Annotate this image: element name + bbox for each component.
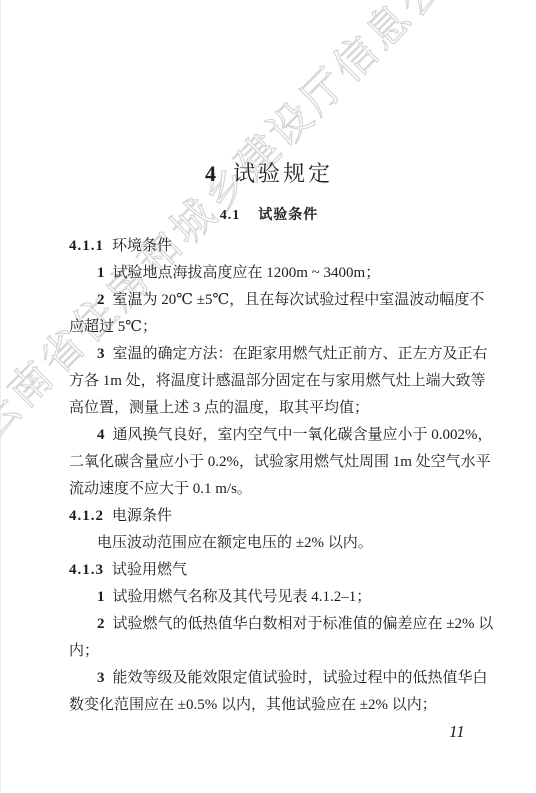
item-continuation: 内； xyxy=(69,641,99,661)
item-continuation: 方各 1m 处，将温度计感温部分固定在与家用燃气灶上端大致等 xyxy=(69,371,486,391)
list-item: 1试验地点海拔高度应在 1200m ~ 3400m； xyxy=(97,263,380,283)
page-number: 11 xyxy=(449,722,465,742)
list-item: 3能效等级及能效限定值试验时，试验过程中的低热值华白 xyxy=(97,668,488,688)
item-text: 室温为 20℃ ±5℃，且在每次试验过程中室温波动幅度不 xyxy=(113,292,485,308)
list-item: 3室温的确定方法：在距家用燃气灶正前方、正左方及正右 xyxy=(97,344,488,364)
item-text: 室温的确定方法：在距家用燃气灶正前方、正左方及正右 xyxy=(113,346,488,362)
item-continuation: 数变化范围应在 ±0.5% 以内，其他试验应在 ±2% 以内； xyxy=(69,695,437,715)
item-number: 2 xyxy=(97,292,105,308)
paragraph: 电压波动范围应在额定电压的 ±2% 以内。 xyxy=(97,533,373,553)
item-text: 能效等级及能效限定值试验时，试验过程中的低热值华白 xyxy=(113,670,488,686)
item-number: 2 xyxy=(97,616,105,632)
clause-heading: 4.1.1环境条件 xyxy=(69,236,172,256)
list-item: 2试验燃气的低热值华白数相对于标准值的偏差应在 ±2% 以 xyxy=(97,614,493,634)
item-number: 3 xyxy=(97,346,105,362)
clause-title: 环境条件 xyxy=(112,238,172,254)
chapter-title-text: 试验规定 xyxy=(233,161,333,186)
clause-number: 4.1.1 xyxy=(69,238,104,254)
list-item: 4通风换气良好，室内空气中一氧化碳含量应小于 0.002%， xyxy=(97,425,493,445)
item-text: 试验用燃气名称及其代号见表 4.1.2–1； xyxy=(113,589,372,605)
item-number: 1 xyxy=(97,265,105,281)
list-item: 1试验用燃气名称及其代号见表 4.1.2–1； xyxy=(97,587,371,607)
clause-number: 4.1.2 xyxy=(69,508,104,524)
clause-title: 试验用燃气 xyxy=(112,562,187,578)
item-number: 4 xyxy=(97,427,105,443)
item-continuation: 流动速度不应大于 0.1 m/s。 xyxy=(69,479,252,499)
list-item: 2室温为 20℃ ±5℃，且在每次试验过程中室温波动幅度不 xyxy=(97,290,484,310)
section-number: 4.1 xyxy=(220,208,241,223)
clause-number: 4.1.3 xyxy=(69,562,104,578)
section-title: 4.1试验条件 xyxy=(1,204,536,224)
item-continuation: 应超过 5℃； xyxy=(69,317,157,337)
section-title-text: 试验条件 xyxy=(258,208,318,223)
item-continuation: 二氧化碳含量应小于 0.2%，试验家用燃气灶周围 1m 处空气水平 xyxy=(69,452,491,472)
item-number: 1 xyxy=(97,589,105,605)
item-number: 3 xyxy=(97,670,105,686)
chapter-title: 4试验规定 xyxy=(1,157,536,188)
chapter-number: 4 xyxy=(205,161,219,186)
clause-heading: 4.1.3试验用燃气 xyxy=(69,560,187,580)
document-page: 云南省住房和城乡建设厅信息公开浏览专用 4试验规定 4.1试验条件 4.1.1环… xyxy=(0,0,536,793)
clause-title: 电源条件 xyxy=(112,508,172,524)
item-text: 通风换气良好，室内空气中一氧化碳含量应小于 0.002%， xyxy=(113,427,493,443)
clause-heading: 4.1.2电源条件 xyxy=(69,506,172,526)
item-text: 试验地点海拔高度应在 1200m ~ 3400m； xyxy=(113,265,381,281)
item-text: 试验燃气的低热值华白数相对于标准值的偏差应在 ±2% 以 xyxy=(113,616,494,632)
item-continuation: 高位置，测量上述 3 点的温度，取其平均值； xyxy=(69,398,369,418)
